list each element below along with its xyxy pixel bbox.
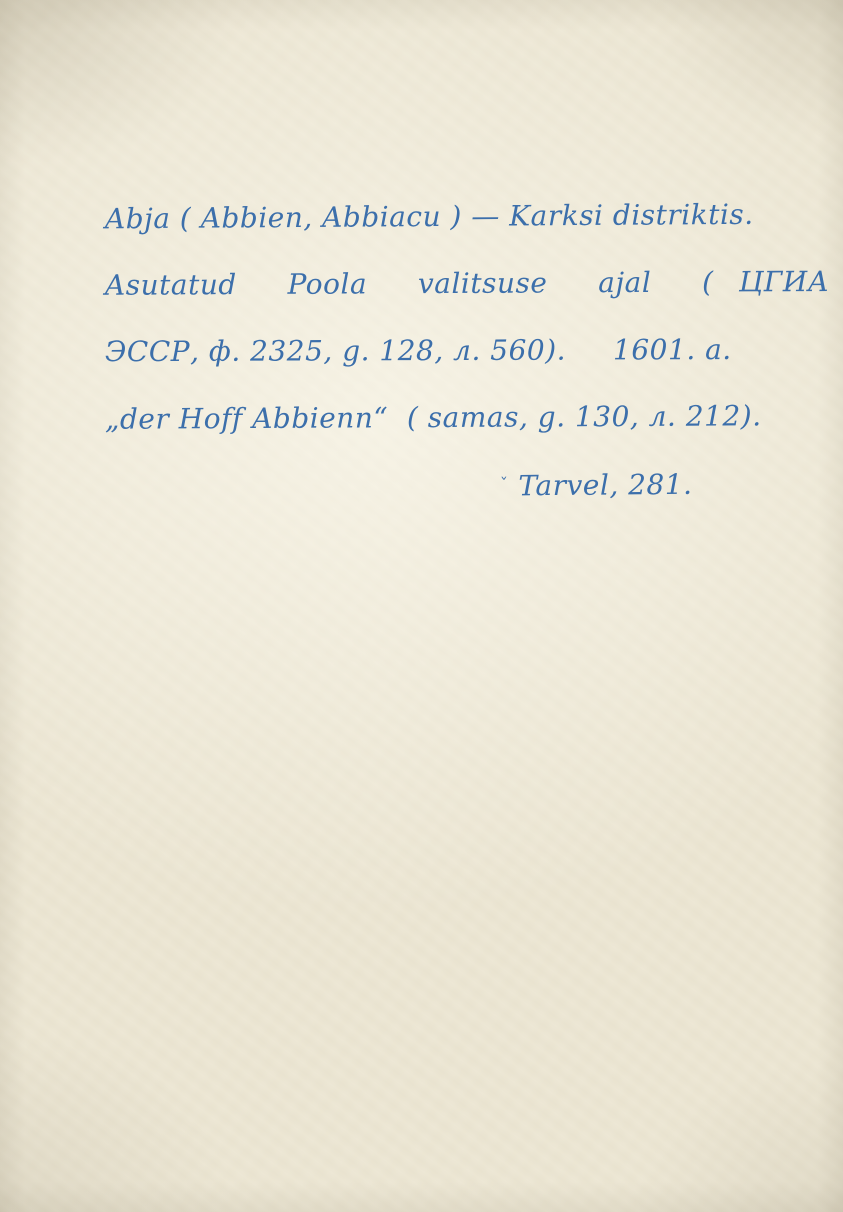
handwriting-line: Abja ( Abbien, Abbiacu ) — Karksi distri… [105,190,775,262]
handwriting-line: Asutatud Poola valitsuse ajal ( ЦГИА [105,257,775,328]
handwritten-note: Abja ( Abbien, Abbiacu ) — Karksi distri… [105,192,775,527]
check-mark: ˇ [500,474,509,493]
paper-sheet: Abja ( Abbien, Abbiacu ) — Karksi distri… [0,0,843,1212]
handwriting-line: ˇTarvel, 281. [105,457,776,530]
handwriting-line: „der Hoff Abbienn“ ( samas, g. 130, л. 2… [105,391,775,462]
handwriting-line: ЭССР, ф. 2325, g. 128, л. 560). 1601. a. [105,325,775,394]
handwriting-line-text: Tarvel, 281. [518,468,692,503]
